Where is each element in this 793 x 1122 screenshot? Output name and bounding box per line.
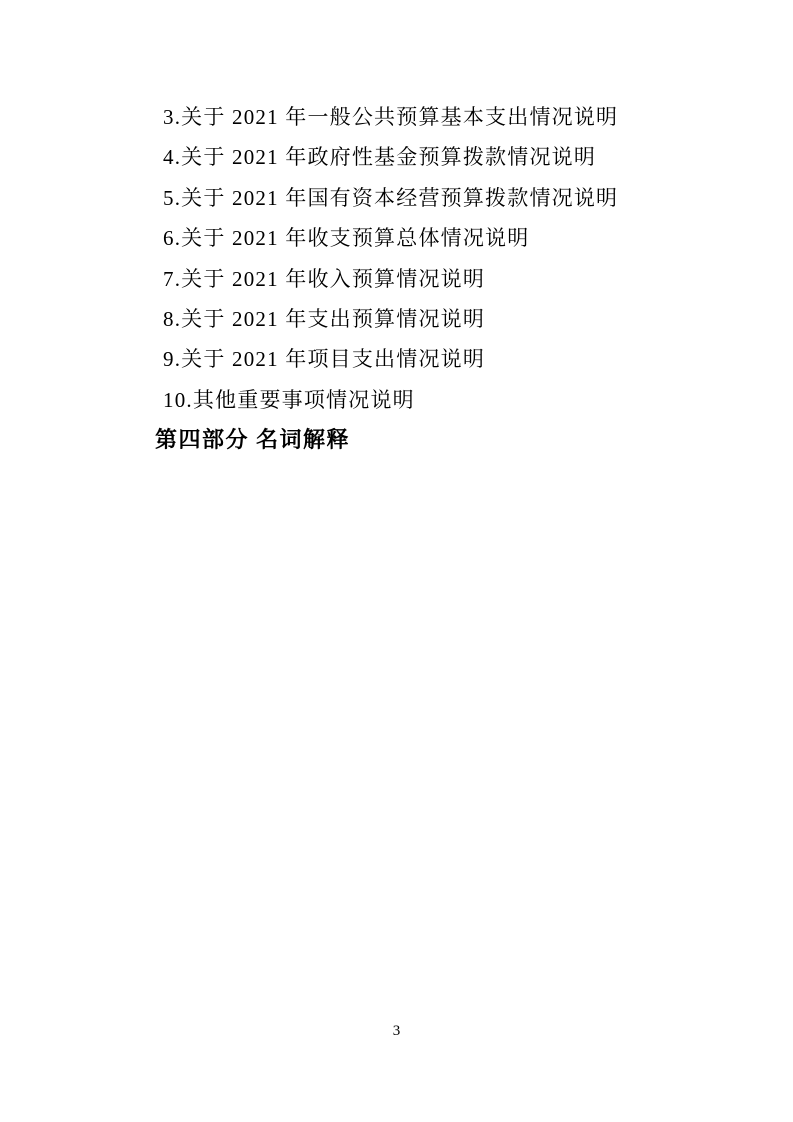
toc-item-5: 5.关于 2021 年国有资本经营预算拨款情况说明	[155, 178, 675, 218]
section-heading: 第四部分 名词解释	[155, 420, 675, 460]
toc-item-6: 6.关于 2021 年收支预算总体情况说明	[155, 218, 675, 258]
toc-item-4: 4.关于 2021 年政府性基金预算拨款情况说明	[155, 137, 675, 177]
page-number: 3	[0, 1022, 793, 1040]
toc-item-3: 3.关于 2021 年一般公共预算基本支出情况说明	[155, 97, 675, 137]
toc-item-7: 7.关于 2021 年收入预算情况说明	[155, 259, 675, 299]
toc-item-10: 10.其他重要事项情况说明	[155, 380, 675, 420]
toc-item-9: 9.关于 2021 年项目支出情况说明	[155, 339, 675, 379]
toc-item-8: 8.关于 2021 年支出预算情况说明	[155, 299, 675, 339]
table-of-contents: 3.关于 2021 年一般公共预算基本支出情况说明 4.关于 2021 年政府性…	[155, 97, 675, 461]
document-page: 3.关于 2021 年一般公共预算基本支出情况说明 4.关于 2021 年政府性…	[0, 0, 793, 1122]
